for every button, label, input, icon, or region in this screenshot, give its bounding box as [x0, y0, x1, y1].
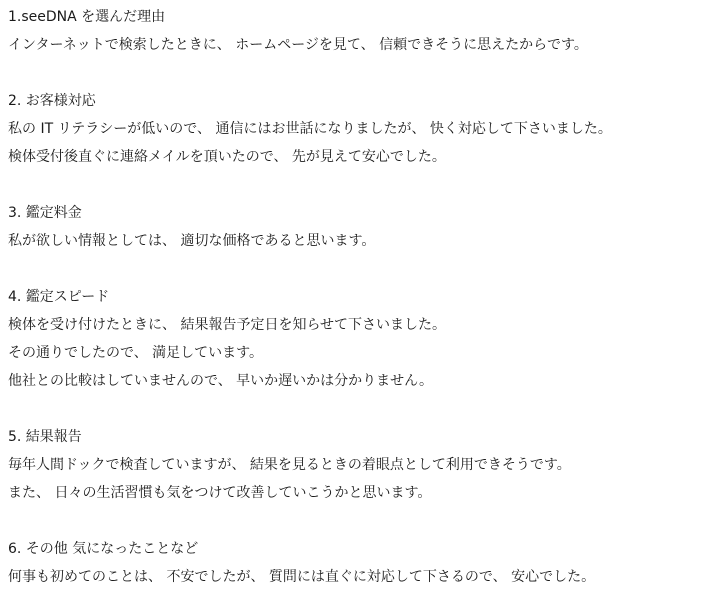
section-speed: 4. 鑑定スピード 検体を受け付けたときに、 結果報告予定日を知らせて下さいまし… — [8, 283, 720, 395]
section-text-line: 何事も初めてのことは、 不安でしたが、 質問には直ぐに対応して下さるので、 安心… — [8, 563, 720, 591]
section-other: 6. その他 気になったことなど 何事も初めてのことは、 不安でしたが、 質問に… — [8, 535, 720, 591]
section-text-line: 検体を受け付けたときに、 結果報告予定日を知らせて下さいました。 — [8, 311, 720, 339]
section-heading: 6. その他 気になったことなど — [8, 535, 720, 563]
spacer — [8, 395, 720, 423]
spacer — [8, 59, 720, 87]
section-text-line: 私が欲しい情報としては、 適切な価格であると思います。 — [8, 227, 720, 255]
section-heading: 4. 鑑定スピード — [8, 283, 720, 311]
spacer — [8, 171, 720, 199]
section-heading: 1.seeDNA を選んだ理由 — [8, 3, 720, 31]
section-text-line: インターネットで検索したときに、 ホームページを見て、 信頼できそうに思えたから… — [8, 31, 720, 59]
section-text-line: 検体受付後直ぐに連絡メイルを頂いたので、 先が見えて安心でした。 — [8, 143, 720, 171]
section-text-line: また、 日々の生活習慣も気をつけて改善していこうかと思います。 — [8, 479, 720, 507]
section-results: 5. 結果報告 毎年人間ドックで検査していますが、 結果を見るときの着眼点として… — [8, 423, 720, 507]
spacer — [8, 507, 720, 535]
section-heading: 3. 鑑定料金 — [8, 199, 720, 227]
section-heading: 5. 結果報告 — [8, 423, 720, 451]
section-reason: 1.seeDNA を選んだ理由 インターネットで検索したときに、 ホームページを… — [8, 3, 720, 59]
spacer — [8, 255, 720, 283]
section-price: 3. 鑑定料金 私が欲しい情報としては、 適切な価格であると思います。 — [8, 199, 720, 255]
section-heading: 2. お客様対応 — [8, 87, 720, 115]
section-customer-service: 2. お客様対応 私の IT リテラシーが低いので、 通信にはお世話になりました… — [8, 87, 720, 171]
document-body: 1.seeDNA を選んだ理由 インターネットで検索したときに、 ホームページを… — [0, 0, 720, 591]
section-text-line: 毎年人間ドックで検査していますが、 結果を見るときの着眼点として利用できそうです… — [8, 451, 720, 479]
section-text-line: その通りでしたので、 満足しています。 — [8, 339, 720, 367]
section-text-line: 他社との比較はしていませんので、 早いか遅いかは分かりません。 — [8, 367, 720, 395]
section-text-line: 私の IT リテラシーが低いので、 通信にはお世話になりましたが、 快く対応して… — [8, 115, 720, 143]
